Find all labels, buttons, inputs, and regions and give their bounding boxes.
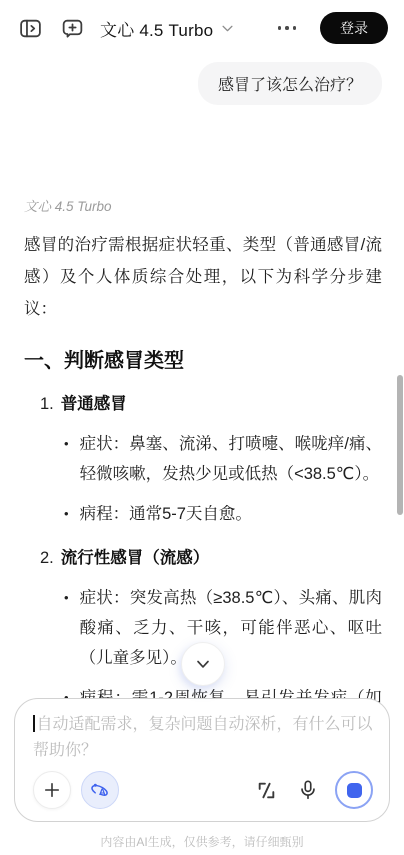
login-button[interactable]: 登录 [320, 12, 388, 44]
slash-command-icon [256, 780, 277, 801]
list-item-title: 1. 普通感冒 [24, 389, 382, 419]
stop-generating-button[interactable] [335, 771, 373, 809]
sidebar-expand-icon [18, 16, 43, 41]
bullet-text: 症状：鼻塞、流涕、打喷嚏、喉咙痒/痛、轻微咳嗽，发热少见或低热（<38.5℃）。 [80, 429, 382, 489]
voice-input-button[interactable] [295, 777, 321, 803]
bullet-dot-icon: • [64, 429, 69, 489]
ai-disclaimer: 内容由AI生成，仅供参考，请仔细甄别 [0, 833, 404, 850]
sidebar-toggle-button[interactable] [16, 14, 44, 42]
ai-mode-button[interactable]: A [81, 771, 119, 809]
microphone-icon [297, 779, 319, 801]
model-selector[interactable]: 文心 4.5 Turbo [100, 16, 235, 41]
bullet-item: • 症状：鼻塞、流涕、打喷嚏、喉咙痒/痛、轻微咳嗽，发热少见或低热（<38.5℃… [24, 429, 382, 489]
model-name: 文心 4.5 Turbo [100, 16, 213, 41]
user-message-row: 感冒了该怎么治疗？ [0, 56, 404, 105]
assistant-intro-paragraph: 感冒的治疗需根据症状轻重、类型（普通感冒/流感）及个人体质综合处理，以下为科学分… [24, 229, 382, 325]
list-item-number: 2. [40, 543, 54, 573]
chevron-down-icon [220, 21, 235, 36]
more-menu-button[interactable] [276, 20, 299, 36]
bullet-text: 病程：通常5-7天自愈。 [80, 499, 252, 529]
chevron-down-circle-icon [193, 654, 213, 674]
text-caret [33, 715, 35, 732]
new-chat-button[interactable] [58, 14, 86, 42]
list-item-text: 普通感冒 [61, 389, 127, 419]
app-screen: 文心 4.5 Turbo 登录 感冒了该怎么治疗？ 文心 4.5 Turbo 感… [0, 0, 404, 855]
plus-icon [42, 780, 62, 800]
attach-button[interactable] [33, 771, 71, 809]
svg-text:A: A [99, 787, 106, 798]
new-chat-plus-bubble-icon [60, 16, 85, 41]
bullet-text: 症状：突发高热（≥38.5℃）、头痛、肌肉酸痛、乏力、干咳，可能伴恶心、呕吐（儿… [80, 583, 382, 673]
composer-toolbar: A [33, 771, 373, 809]
stop-square-icon [347, 783, 362, 798]
scroll-to-bottom-button[interactable] [181, 642, 225, 686]
atom-orbit-A-icon: A [89, 779, 111, 801]
scrollbar-thumb[interactable] [397, 375, 403, 515]
assistant-model-label: 文心 4.5 Turbo [24, 195, 382, 215]
bullet-item: • 病程：通常5-7天自愈。 [24, 499, 382, 529]
message-input[interactable]: 自动适配需求，复杂问题自动深析，有什么可以帮助你？ [33, 712, 373, 764]
bullet-dot-icon: • [64, 499, 69, 529]
user-message-bubble: 感冒了该怎么治疗？ [198, 62, 382, 105]
composer-card[interactable]: 自动适配需求，复杂问题自动深析，有什么可以帮助你？ [14, 698, 390, 822]
list-item-text: 流行性感冒（流感） [61, 543, 210, 573]
ellipsis-icon [278, 26, 297, 30]
shortcut-command-button[interactable] [253, 777, 279, 803]
header-bar: 文心 4.5 Turbo 登录 [0, 0, 404, 56]
list-item-title: 2. 流行性感冒（流感） [24, 543, 382, 573]
bullet-dot-icon: • [64, 583, 69, 673]
input-placeholder: 自动适配需求，复杂问题自动深析，有什么可以帮助你？ [33, 716, 373, 759]
list-item-number: 1. [40, 389, 54, 419]
section-heading: 一、判断感冒类型 [24, 347, 382, 375]
